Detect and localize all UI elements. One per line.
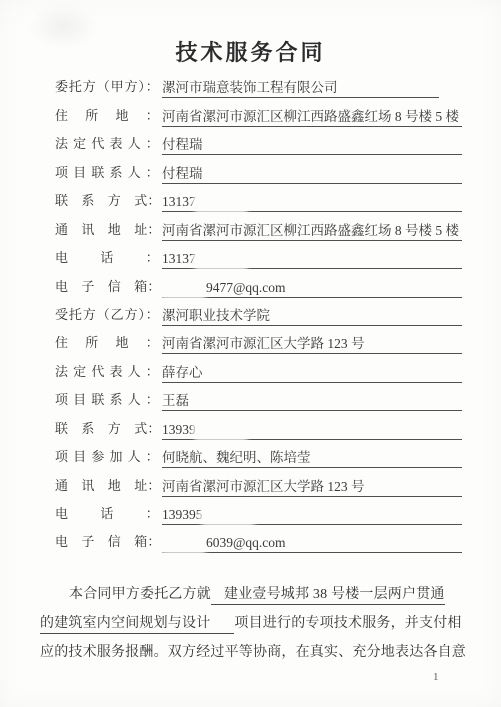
line3-text: 应的技术服务报酬。双方经过平等协商，在真实、充分地表达各自意 xyxy=(40,645,466,660)
intro-text: 本合同甲方委托乙方就 xyxy=(69,587,211,602)
field-row-phone-a: 电 话 ： 13137 xyxy=(55,241,462,269)
field-label: 项目联系人： xyxy=(55,389,159,411)
field-value: 13939 xyxy=(162,421,462,440)
field-row-domicile-b: 住 所 地 ： 河南省漯河市源汇区大学路 123 号 xyxy=(55,326,462,354)
contract-intro-paragraph: 本合同甲方委托乙方就建业壹号城邦 38 号楼一层两户贯通 的建筑室内空间规划与设… xyxy=(40,580,467,667)
field-label: 项目联系人： xyxy=(55,162,159,184)
contract-page: 技术服务合同 委托方（甲方）： 漯河市瑞意装饰工程有限公司 住 所 地 ： 河南… xyxy=(0,0,501,707)
value-text: 河南省漯河市源汇区大学路 123 号 xyxy=(162,479,365,494)
value-text: 13137 xyxy=(162,251,196,266)
document-title: 技术服务合同 xyxy=(0,36,501,67)
field-value: 6039@qq.com xyxy=(162,534,462,553)
field-row-legal-rep-b: 法定代表人： 薛存心 xyxy=(55,354,462,382)
value-text: 何晓航、魏纪明、陈培莹 xyxy=(162,450,311,465)
field-row-contact-method-a: 联 系 方 式： 13137 xyxy=(55,184,462,212)
field-row-entrusted-party: 受托方（乙方）： 漯河职业技术学院 xyxy=(55,298,462,326)
field-row-mailing-address-a: 通 讯 地 址： 河南省漯河市源汇区柳江西路盛鑫红场 8 号楼 5 楼 xyxy=(55,212,462,240)
value-text: 河南省漯河市源汇区大学路 123 号 xyxy=(162,336,365,351)
field-label: 通 讯 地 址： xyxy=(55,475,159,497)
value-text: 付程瑞 xyxy=(162,137,203,152)
field-row-participants: 项目参加人： 何晓航、魏纪明、陈培莹 xyxy=(55,440,462,468)
value-text: 漯河职业技术学院 xyxy=(162,308,270,323)
field-label: 电 话 ： xyxy=(55,247,159,269)
field-label: 电 子 信 箱： xyxy=(55,276,159,298)
field-row-email-a: 电 子 信 箱： 9477@qq.com xyxy=(55,269,462,297)
field-value: 9477@qq.com xyxy=(162,279,462,298)
value-text: 139395 xyxy=(162,507,203,522)
field-row-contact-method-b: 联 系 方 式： 13939 xyxy=(55,411,462,439)
value-text: 王磊 xyxy=(162,393,189,408)
value-text: 6039@qq.com xyxy=(206,535,286,550)
field-row-email-b: 电 子 信 箱： 6039@qq.com xyxy=(55,525,462,553)
redaction-blur xyxy=(196,252,246,267)
value-text: 13939 xyxy=(162,422,196,437)
redaction-blur xyxy=(196,195,246,210)
field-value: 13137 xyxy=(162,193,462,212)
field-label: 电 话 ： xyxy=(55,503,159,525)
paragraph-line-1: 本合同甲方委托乙方就建业壹号城邦 38 号楼一层两户贯通 xyxy=(40,580,467,609)
field-label: 受托方（乙方）： xyxy=(55,304,159,326)
value-text: 薛存心 xyxy=(162,365,203,380)
redaction-blur xyxy=(203,508,253,523)
line2-rest-text: 项目进行的专项技术服务，并支付相 xyxy=(234,616,461,631)
field-label: 项目参加人： xyxy=(55,446,159,468)
field-value: 13137 xyxy=(162,250,462,269)
field-value: 139395 xyxy=(162,506,462,525)
redaction-blur xyxy=(162,281,204,296)
field-row-domicile-a: 住 所 地 ： 河南省漯河市源汇区柳江西路盛鑫红场 8 号楼 5 楼 xyxy=(55,98,462,126)
field-value: 河南省漯河市源汇区柳江西路盛鑫红场 8 号楼 5 楼 xyxy=(162,222,462,241)
field-row-mailing-address-b: 通 讯 地 址： 河南省漯河市源汇区大学路 123 号 xyxy=(55,468,462,496)
field-row-legal-rep-a: 法定代表人： 付程瑞 xyxy=(55,127,462,155)
project-name-part1: 建业壹号城邦 38 号楼一层两户贯通 xyxy=(211,587,445,605)
field-row-contact-person-b: 项目联系人： 王磊 xyxy=(55,383,462,411)
value-text: 13137 xyxy=(162,194,196,209)
field-label: 住 所 地 ： xyxy=(55,105,159,127)
field-label: 电 子 信 箱： xyxy=(55,531,159,553)
paragraph-line-2: 的建筑室内空间规划与设计项目进行的专项技术服务，并支付相 xyxy=(40,609,467,638)
field-value: 薛存心 xyxy=(162,364,462,383)
value-text: 9477@qq.com xyxy=(206,280,286,295)
value-text: 河南省漯河市源汇区柳江西路盛鑫红场 8 号楼 5 楼 xyxy=(162,223,459,238)
field-row-entrusting-party: 委托方（甲方）： 漯河市瑞意装饰工程有限公司 xyxy=(55,70,462,98)
redaction-blur xyxy=(162,536,204,551)
field-label: 法定代表人： xyxy=(55,133,159,155)
field-value: 王磊 xyxy=(162,392,462,411)
field-label: 住 所 地 ： xyxy=(55,332,159,354)
page-number: 1 xyxy=(433,671,439,683)
value-text: 河南省漯河市源汇区柳江西路盛鑫红场 8 号楼 5 楼 xyxy=(162,109,459,124)
field-value: 河南省漯河市源汇区大学路 123 号 xyxy=(162,478,462,497)
field-value: 河南省漯河市源汇区柳江西路盛鑫红场 8 号楼 5 楼 xyxy=(162,108,462,127)
value-text: 漯河市瑞意装饰工程有限公司 xyxy=(162,80,338,95)
field-label: 联 系 方 式： xyxy=(55,190,159,212)
field-value: 何晓航、魏纪明、陈培莹 xyxy=(162,449,462,468)
value-text: 付程瑞 xyxy=(162,166,203,181)
field-row-contact-person-a: 项目联系人： 付程瑞 xyxy=(55,155,462,183)
redaction-blur xyxy=(196,423,246,438)
field-label: 通 讯 地 址： xyxy=(55,219,159,241)
contract-fields: 委托方（甲方）： 漯河市瑞意装饰工程有限公司 住 所 地 ： 河南省漯河市源汇区… xyxy=(55,70,462,553)
field-value: 漯河市瑞意装饰工程有限公司 xyxy=(162,79,439,98)
field-row-phone-b: 电 话 ： 139395 xyxy=(55,497,462,525)
field-value: 河南省漯河市源汇区大学路 123 号 xyxy=(162,335,462,354)
field-value: 漯河职业技术学院 xyxy=(162,307,462,326)
field-label: 委托方（甲方）： xyxy=(55,76,159,98)
project-name-part2: 的建筑室内空间规划与设计 xyxy=(40,616,234,634)
field-value: 付程瑞 xyxy=(162,165,462,184)
field-label: 法定代表人： xyxy=(55,361,159,383)
paragraph-line-3: 应的技术服务报酬。双方经过平等协商，在真实、充分地表达各自意 xyxy=(40,638,467,667)
field-label: 联 系 方 式： xyxy=(55,418,159,440)
field-value: 付程瑞 xyxy=(162,136,462,155)
